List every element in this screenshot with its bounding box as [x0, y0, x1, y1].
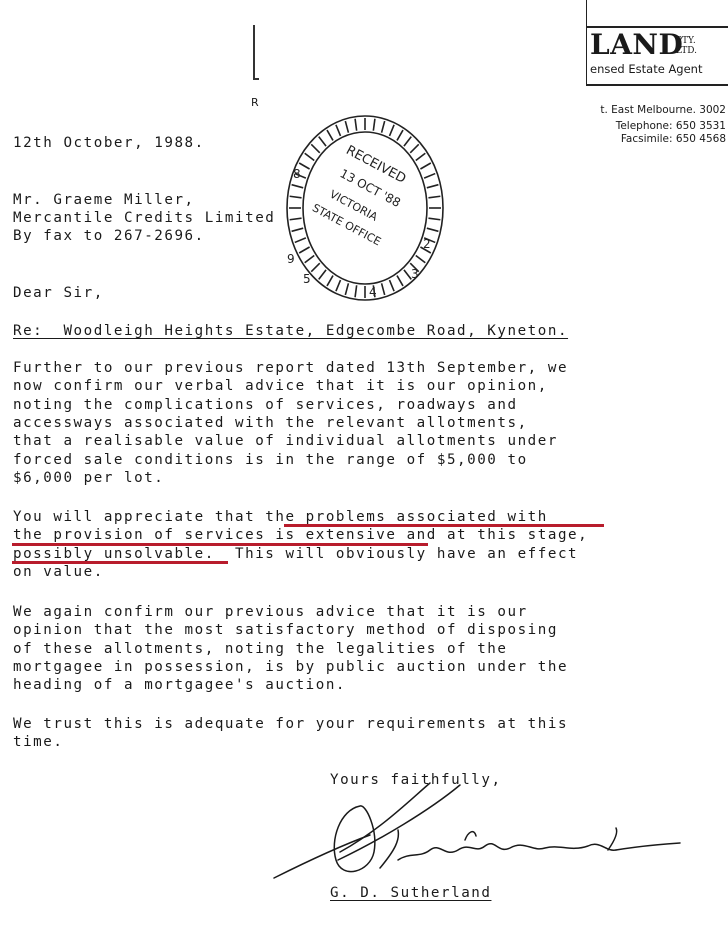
highlight-underline — [284, 524, 604, 527]
recipient-line: Mr. Graeme Miller, — [13, 191, 195, 209]
paragraph-line: accessways associated with the relevant … — [13, 414, 528, 432]
company-suffix-line2: LTD. — [676, 46, 697, 56]
paragraph-line: on value. — [13, 563, 104, 581]
company-suffix: PTY. LTD. — [676, 36, 697, 56]
company-facsimile: Facsimile: 650 4568 — [621, 133, 726, 145]
company-telephone: Telephone: 650 3531 — [616, 120, 726, 132]
paragraph-line: the provision of services is extensive a… — [13, 526, 588, 544]
paragraph-line: time. — [13, 733, 63, 751]
signatory-name: G. D. Sutherland — [330, 884, 491, 902]
stamp-dial-number: 8 — [293, 167, 301, 181]
paragraph-line: We trust this is adequate for your requi… — [13, 715, 568, 733]
paragraph-line: We again confirm our previous advice tha… — [13, 603, 528, 621]
stamp-dial-number: 5 — [303, 272, 311, 286]
paragraph-line: mortgagee in possession, is by public au… — [13, 658, 568, 676]
letter-date: 12th October, 1988. — [13, 134, 205, 152]
paragraph-line: $6,000 per lot. — [13, 469, 164, 487]
highlight-underline — [12, 543, 428, 546]
highlight-underline — [12, 561, 228, 564]
margin-mark: R — [251, 96, 259, 109]
recipient-line: By fax to 267-2696. — [13, 227, 205, 245]
paragraph-line: of these allotments, noting the legaliti… — [13, 640, 508, 658]
paragraph-line: now confirm our verbal advice that it is… — [13, 377, 548, 395]
stamp-dial-number: 3 — [411, 267, 419, 281]
company-name: LAND — [590, 30, 683, 60]
paragraph-line: heading of a mortgagee's auction. — [13, 676, 346, 694]
paragraph-line: forced sale conditions is in the range o… — [13, 451, 528, 469]
paragraph-line: that a realisable value of individual al… — [13, 432, 558, 450]
company-address: t. East Melbourne. 3002 — [600, 104, 726, 116]
paragraph-line: noting the complications of services, ro… — [13, 396, 518, 414]
company-suffix-line1: PTY. — [676, 36, 697, 46]
stamp-dial-number: 4 — [369, 285, 377, 299]
received-stamp: 8 9 2 3 4 5 RECEIVED 13 OCT '88 VICTORIA… — [283, 108, 448, 308]
letterhead-rule-bottom — [586, 84, 728, 86]
recipient-line: Mercantile Credits Limited — [13, 209, 275, 227]
margin-bracket-foot — [253, 78, 259, 80]
signature — [270, 780, 690, 890]
subject-line: Re: Woodleigh Heights Estate, Edgecombe … — [13, 322, 568, 340]
salutation: Dear Sir, — [13, 284, 104, 302]
margin-bracket — [253, 25, 255, 80]
stamp-dial-number: 2 — [423, 237, 431, 251]
company-subtitle: ensed Estate Agent — [590, 62, 702, 76]
stamp-dial-number: 9 — [287, 252, 295, 266]
paragraph-line: Further to our previous report dated 13t… — [13, 359, 568, 377]
paragraph-line: opinion that the most satisfactory metho… — [13, 621, 558, 639]
